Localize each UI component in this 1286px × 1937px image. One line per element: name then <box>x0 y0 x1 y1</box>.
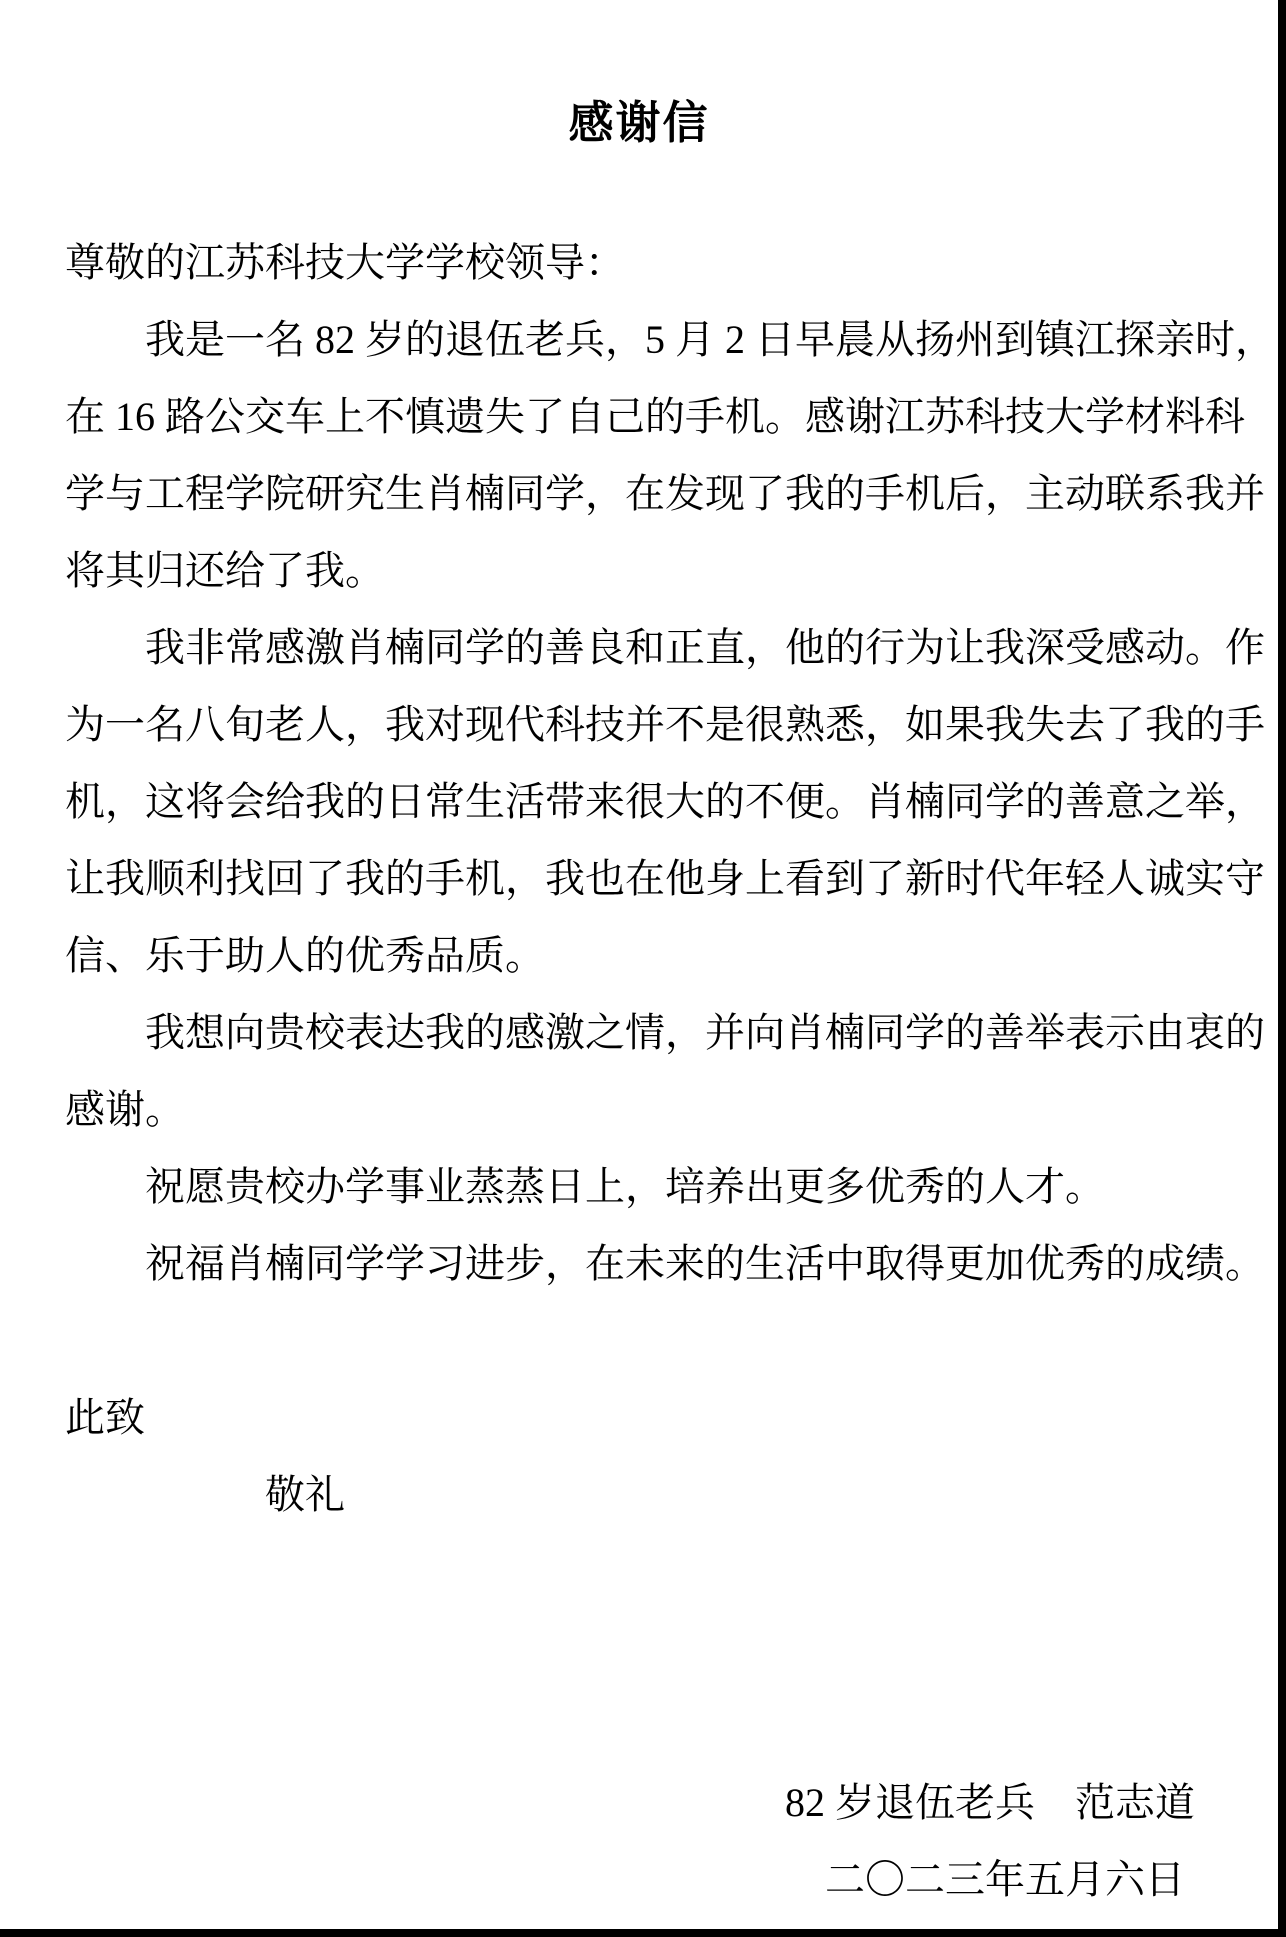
body-line: 祝福肖楠同学学习进步，在未来的生活中取得更加优秀的成绩。 <box>65 1225 1220 1302</box>
spacer <box>65 1302 1220 1379</box>
spacer <box>65 1610 1220 1687</box>
body-line: 在 16 路公交车上不慎遗失了自己的手机。感谢江苏科技大学材料科 <box>65 378 1220 455</box>
body-line: 学与工程学院研究生肖楠同学，在发现了我的手机后，主动联系我并 <box>65 455 1220 532</box>
date-line: 二〇二三年五月六日 <box>65 1841 1195 1918</box>
body-line: 我非常感激肖楠同学的善良和正直，他的行为让我深受感动。作 <box>65 609 1220 686</box>
body-line: 机，这将会给我的日常生活带来很大的不便。肖楠同学的善意之举， <box>65 763 1220 840</box>
body-line: 将其归还给了我。 <box>65 532 1220 609</box>
spacer <box>65 1687 1220 1764</box>
thank-you-letter-page: 感谢信 尊敬的江苏科技大学学校领导： 我是一名 82 岁的退伍老兵，5 月 2 … <box>0 0 1286 1937</box>
body-line: 感谢。 <box>65 1071 1220 1148</box>
body-line: 我想向贵校表达我的感激之情，并向肖楠同学的善举表示由衷的 <box>65 994 1220 1071</box>
body-line: 为一名八旬老人，我对现代科技并不是很熟悉，如果我失去了我的手 <box>65 686 1220 763</box>
salutation-line: 尊敬的江苏科技大学学校领导： <box>65 224 1220 301</box>
closing-jingli: 敬礼 <box>65 1456 1220 1533</box>
body-line: 让我顺利找回了我的手机，我也在他身上看到了新时代年轻人诚实守 <box>65 840 1220 917</box>
body-line: 我是一名 82 岁的退伍老兵，5 月 2 日早晨从扬州到镇江探亲时， <box>65 301 1220 378</box>
letter-title: 感谢信 <box>0 0 1278 146</box>
body-line: 祝愿贵校办学事业蒸蒸日上，培养出更多优秀的人才。 <box>65 1148 1220 1225</box>
signature-line: 82 岁退伍老兵 范志道 <box>65 1764 1195 1841</box>
body-paragraph-lines: 我是一名 82 岁的退伍老兵，5 月 2 日早晨从扬州到镇江探亲时，在 16 路… <box>65 301 1220 1302</box>
letter-body: 尊敬的江苏科技大学学校领导： 我是一名 82 岁的退伍老兵，5 月 2 日早晨从… <box>65 224 1220 1918</box>
closing-cizhi: 此致 <box>65 1379 1220 1456</box>
spacer <box>65 1533 1220 1610</box>
signature-block: 82 岁退伍老兵 范志道 二〇二三年五月六日 <box>65 1764 1220 1918</box>
body-line: 信、乐于助人的优秀品质。 <box>65 917 1220 994</box>
